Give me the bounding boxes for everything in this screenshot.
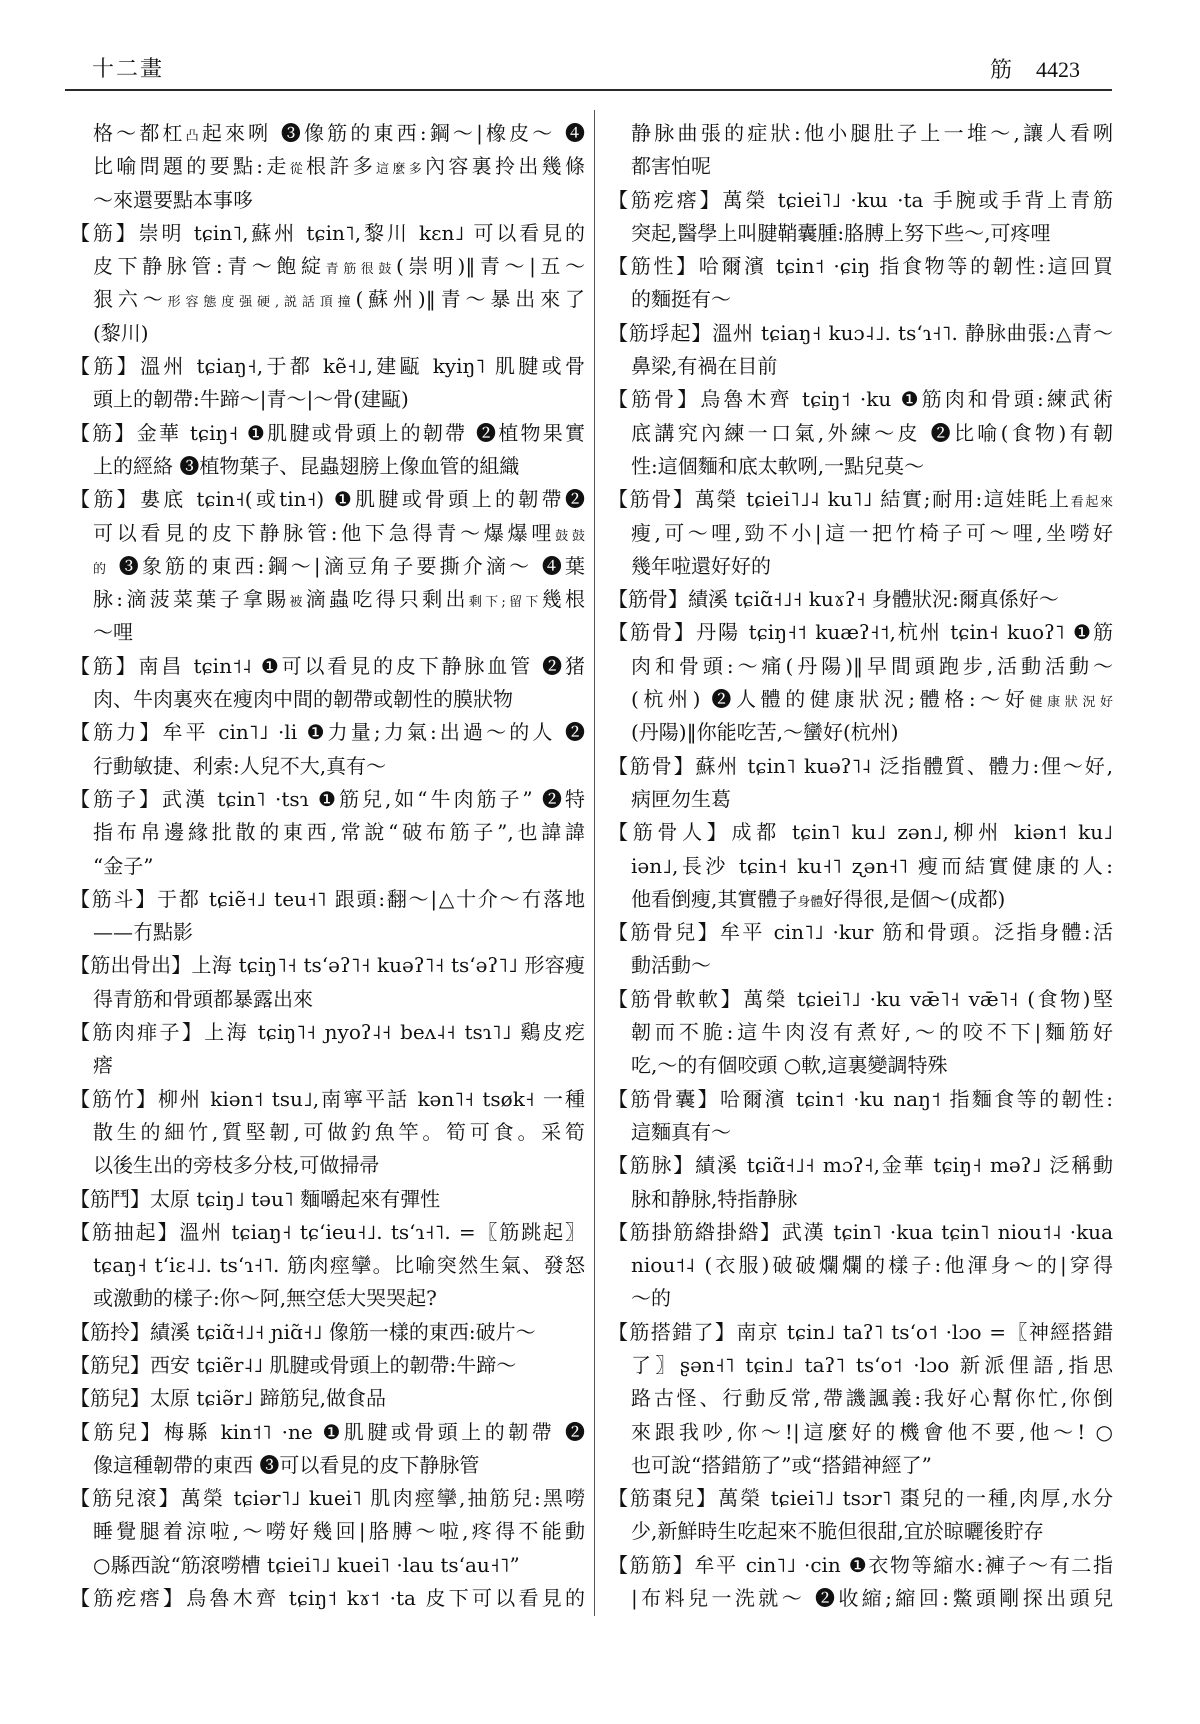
dictionary-entry: 【筋骨】績溪 tɕiɑ̃˧˩˧ kuɤʔ˧ 身體狀況:爾真係好～ — [608, 583, 1113, 616]
definition-text: 起來咧 ❸像筋的東西:鋼～|橡皮～ ❹ — [202, 121, 585, 145]
headword: 【筋】 — [70, 354, 140, 378]
definition-text: 都害怕呢 — [631, 154, 711, 178]
entry-line: 【筋掛筋綹掛綹】武漢 tɕin˥ ·kua tɕin˥ niou˦˨ ·kua — [608, 1216, 1113, 1249]
definition-text: 蘇州 tɕin˥ kuəʔ˥˨ 泛指體質、體力:俚～好, — [695, 754, 1113, 778]
entry-line: ～的 — [608, 1282, 1113, 1315]
headword: 【筋骨軟軟】 — [608, 987, 743, 1011]
headword: 【筋筋】 — [608, 1553, 695, 1577]
entry-line: 【筋竹】柳州 kiən˦ tsu˩,南寧平話 kən˥˧ tsøk˧ 一種 — [70, 1083, 585, 1116]
entry-line: tɕaŋ˧ tʻiɛ˨˩. tsʻɿ˧˥. 筋肉痙攣。比喻突然生氣、發怒 — [70, 1249, 585, 1282]
entry-line: 行動敏捷、利索:人兒不大,真有～ — [70, 750, 585, 783]
headword: 【筋骨囊】 — [608, 1087, 720, 1111]
entry-line: 【筋】溫州 tɕiaŋ˧,于都 kẽ˧˩,建甌 kyiŋ˥ 肌腱或骨 — [70, 350, 585, 383]
entry-line: |布料兒一洗就～ ❷收縮;縮回:鱉頭剛探出頭兒 — [608, 1582, 1113, 1615]
definition-text: 肉和骨頭:～痛(丹陽)‖早間頭跑步,活動活動～ — [631, 654, 1113, 678]
running-head: 筋4423 — [990, 56, 1080, 85]
headword: 【筋骨】 — [608, 587, 688, 611]
inline-gloss: 看起來 — [1071, 495, 1113, 510]
entry-line: 都害怕呢 — [608, 150, 1113, 183]
definition-text: 根許多 — [306, 154, 376, 178]
dictionary-entry: 【筋垺起】溫州 tɕiaŋ˧ kuɔ˨˩. tsʻɿ˧˥. 静脉曲張:△青～鼻梁… — [608, 317, 1113, 384]
dictionary-entry: 【筋棗兒】萬榮 tɕiei˥˩ tsɔr˥ 棗兒的一種,肉厚,水分少,新鮮時生吃… — [608, 1482, 1113, 1549]
entry-line: 【筋兒】西安 tɕiẽr˨˩ 肌腱或骨頭上的韌帶:牛蹄～ — [70, 1349, 585, 1382]
entry-line: 少,新鮮時生吃起來不脆但很甜,宜於晾曬後貯存 — [608, 1515, 1113, 1548]
definition-text: 他看倒瘦,其實體子 — [631, 887, 797, 911]
entry-line: 吃,～的有個咬頭 ○軟,這裏變調特殊 — [608, 1049, 1113, 1082]
header-rule — [65, 89, 1112, 91]
entry-line: ——冇點影 — [70, 916, 585, 949]
entry-line: 【筋性】哈爾濱 tɕin˦ ·ɕiŋ 指食物等的韌性:這回買 — [608, 250, 1113, 283]
dictionary-entry: 【筋兒】西安 tɕiẽr˨˩ 肌腱或骨頭上的韌帶:牛蹄～ — [70, 1349, 585, 1382]
entry-line: 得青筋和骨頭都暴露出來 — [70, 983, 585, 1016]
dictionary-entry: 【筋搭錯了】南京 tɕin˩ taʔ˥ tsʻo˦ ·lɔo =〖神經搭錯了〗ʂ… — [608, 1316, 1113, 1482]
entry-line: 【筋搭錯了】南京 tɕin˩ taʔ˥ tsʻo˦ ·lɔo =〖神經搭錯 — [608, 1316, 1113, 1349]
entry-line: 的麵挺有～ — [608, 283, 1113, 316]
definition-text: 肉、牛肉裏夾在瘦肉中間的韌帶或韌性的膜狀物 — [93, 687, 513, 711]
definition-text: 武漢 tɕin˥ ·kua tɕin˥ niou˦˨ ·kua — [782, 1220, 1113, 1244]
definition-text: 好得很,是個～(成都) — [823, 887, 1005, 911]
entry-line: 鼻梁,有禍在目前 — [608, 350, 1113, 383]
definition-text: 這麵真有～ — [631, 1120, 731, 1144]
definition-text: 突起,醫學上叫腱鞘囊腫:胳膊上努下些～,可疼哩 — [631, 221, 1050, 245]
definition-text: (杭州) ❷人體的健康狀況;體格:～好 — [631, 687, 1030, 711]
definition-text: 萬榮 tɕiər˥˩ kuei˥ 肌肉痙攣,抽筋兒:黑嘮 — [181, 1486, 585, 1510]
entry-line: 【筋疙瘩】萬榮 tɕiei˥˩ ·kɯ ·ta 手腕或手背上青筋 — [608, 184, 1113, 217]
headword: 【筋竹】 — [70, 1087, 158, 1111]
definition-text: 可以看見的皮下静脉管:他下急得青～爆爆哩 — [93, 521, 555, 545]
dictionary-entry: 【筋骨軟軟】萬榮 tɕiei˥˩ ·ku vǣ˥˧ vǣ˥˧ (食物)堅韌而不脆… — [608, 983, 1113, 1083]
definition-text: 韌而不脆:這牛肉沒有煮好,～的咬不下|麵筋好 — [631, 1020, 1113, 1044]
definition-text: 萬榮 tɕiei˥˩˨ ku˥˩ 結實;耐用:這娃眊上 — [695, 487, 1071, 511]
entry-line: “金子” — [70, 850, 585, 883]
definition-text: ——冇點影 — [93, 920, 193, 944]
definition-text: 績溪 tɕiɑ̃˧˩˧ ɲiɑ̃˧˩ 像筋一樣的東西:破片～ — [150, 1320, 536, 1344]
entry-line: 可以看見的皮下静脉管:他下急得青～爆爆哩鼓鼓 — [70, 517, 585, 550]
definition-text: 滴蟲吃得只剩出 — [306, 587, 469, 611]
entry-line: 以後生出的旁枝多分枝,可做掃帚 — [70, 1149, 585, 1182]
headword: 【筋掛筋綹掛綹】 — [608, 1220, 782, 1244]
headword: 【筋骨】 — [608, 387, 700, 411]
dictionary-entry: 【筋筋】牟平 cin˥˩ ·cin ❶衣物等縮水:褲子～有二指|布料兒一洗就～ … — [608, 1549, 1113, 1616]
inline-gloss: 的 — [93, 562, 109, 577]
entry-line: ○縣西說“筋滾嘮槽 tɕiei˥˩ kuei˥ ·lau tsʻau˧˥” — [70, 1549, 585, 1582]
definition-text: 格～都杠 — [93, 121, 186, 145]
headword: 【筋疙瘩】 — [608, 188, 723, 212]
entry-line: 【筋骨】萬榮 tɕiei˥˩˨ ku˥˩ 結實;耐用:這娃眊上看起來 — [608, 483, 1113, 516]
inline-gloss: 這麼多 — [376, 162, 425, 177]
definition-text: 的麵挺有～ — [631, 287, 731, 311]
entry-line: 【筋斗】于都 tɕiẽ˧˩ teu˧˥ 跟頭:翻～|△十介～冇落地 — [70, 883, 585, 916]
right-column: 静脉曲張的症狀:他小腿肚子上一堆～,讓人看咧都害怕呢【筋疙瘩】萬榮 tɕiei˥… — [608, 117, 1113, 1615]
definition-text: 像這種韌帶的東西 ❸可以看見的皮下静脉管 — [93, 1453, 479, 1477]
dictionary-entry: 【筋拎】績溪 tɕiɑ̃˧˩˧ ɲiɑ̃˧˩ 像筋一樣的東西:破片～ — [70, 1316, 585, 1349]
entry-line: 【筋骨兒】牟平 cin˥˩ ·kur 筋和骨頭。泛指身體:活 — [608, 916, 1113, 949]
headword: 【筋棗兒】 — [608, 1486, 718, 1510]
entry-line: 了〗ʂən˧˥ tɕin˩ taʔ˥ tsʻo˦ ·lɔo 新派俚語,指思 — [608, 1349, 1113, 1382]
definition-text: 哈爾濱 tɕin˦ ·ɕiŋ 指食物等的韌性:這回買 — [699, 254, 1113, 278]
definition-text: 武漢 tɕin˥ ·tsɿ ❶筋兒,如“牛肉筋子” ❷特 — [162, 787, 585, 811]
entry-line: 【筋肉痱子】上海 tɕiŋ˥˧ ɲyoʔ˨˧ beʌ˨˧ tsɿ˥˩ 鷄皮疙 — [70, 1016, 585, 1049]
headword: 【筋兒】 — [70, 1353, 150, 1377]
definition-text: 績溪 tɕiɑ̃˧˩˧ mɔʔ˧,金華 tɕiŋ˧ məʔ˩ 泛稱動 — [695, 1153, 1113, 1177]
definition-text: 或激動的樣子:你～阿,無空恁大哭哭起? — [93, 1286, 437, 1310]
headword: 【筋】 — [70, 221, 139, 245]
inline-gloss: 從 — [290, 162, 306, 177]
definition-text: 睡覺腿着涼啦,～嘮好幾回|胳膊～啦,疼得不能動 — [93, 1519, 585, 1543]
entry-line: 幾年啦還好好的 — [608, 550, 1113, 583]
entry-continuation: 静脉曲張的症狀:他小腿肚子上一堆～,讓人看咧都害怕呢 — [608, 117, 1113, 184]
definition-text: 哈爾濱 tɕin˦ ·ku naŋ˦ 指麵食等的韌性: — [720, 1087, 1113, 1111]
definition-text: 脉:滴菠菜葉子拿賜 — [93, 587, 289, 611]
dictionary-entry: 【筋骨囊】哈爾濱 tɕin˦ ·ku naŋ˦ 指麵食等的韌性:這麵真有～ — [608, 1083, 1113, 1150]
dictionary-entry: 【筋兒】梅縣 kin˦˥ ·ne ❶肌腱或骨頭上的韌帶 ❷像這種韌帶的東西 ❸可… — [70, 1416, 585, 1483]
headword: 【筋肉痱子】 — [70, 1020, 204, 1044]
definition-text: 崇明 tɕin˥,蘇州 tɕin˥,黎川 kɛn˩ 可以看見的 — [139, 221, 585, 245]
definition-text: 萬榮 tɕiei˥˩ tsɔr˥ 棗兒的一種,肉厚,水分 — [718, 1486, 1113, 1510]
dictionary-entry: 【筋脉】績溪 tɕiɑ̃˧˩˧ mɔʔ˧,金華 tɕiŋ˧ məʔ˩ 泛稱動脉和… — [608, 1149, 1113, 1216]
dictionary-entry: 【筋】金華 tɕiŋ˧ ❶肌腱或骨頭上的韌帶 ❷植物果實上的經絡 ❸植物葉子、昆… — [70, 417, 585, 484]
entry-line: 【筋】金華 tɕiŋ˧ ❶肌腱或骨頭上的韌帶 ❷植物果實 — [70, 417, 585, 450]
headword: 【筋兒】 — [70, 1386, 150, 1410]
definition-text: 瘩 — [93, 1053, 113, 1077]
dictionary-entry: 【筋疙瘩】烏魯木齊 tɕiŋ˦ kɤ˦ ·ta 皮下可以看見的 — [70, 1582, 585, 1615]
definition-text: ❸象筋的東西:鋼～|滴豆角子要撕介滴～ ❹葉 — [109, 554, 585, 578]
entry-line: 路古怪、行動反常,帶譏諷義:我好心幫你忙,你倒 — [608, 1382, 1113, 1415]
definition-text: 烏魯木齊 tɕiŋ˦ kɤ˦ ·ta 皮下可以看見的 — [186, 1586, 585, 1610]
definition-text: ～的 — [631, 1286, 671, 1310]
definition-text: 散生的細竹,質堅韌,可做釣魚竿。筍可食。采筍 — [93, 1120, 585, 1144]
headword: 【筋兒】 — [70, 1420, 164, 1444]
definition-text: 溫州 tɕiaŋ˧ kuɔ˨˩. tsʻɿ˧˥. 静脉曲張:△青～ — [712, 321, 1113, 345]
dictionary-entry: 【筋子】武漢 tɕin˥ ·tsɿ ❶筋兒,如“牛肉筋子” ❷特指布帛邊緣批散的… — [70, 783, 585, 883]
definition-text: 萬榮 tɕiei˥˩ ·ku vǣ˥˧ vǣ˥˧ (食物)堅 — [743, 987, 1113, 1011]
entry-line: 【筋脉】績溪 tɕiɑ̃˧˩˧ mɔʔ˧,金華 tɕiŋ˧ məʔ˩ 泛稱動 — [608, 1149, 1113, 1182]
definition-text: (黎川) — [93, 321, 149, 345]
definition-text: (丹陽)‖你能吃苦,～蠻好(杭州) — [631, 720, 899, 744]
headword: 【筋拎】 — [70, 1320, 150, 1344]
entry-line: 【筋抽起】溫州 tɕiaŋ˧ tɕʻieu˧˩. tsʻɿ˧˥. =〖筋跳起〗 — [70, 1216, 585, 1249]
dictionary-entry: 【筋骨兒】牟平 cin˥˩ ·kur 筋和骨頭。泛指身體:活動活動～ — [608, 916, 1113, 983]
dictionary-entry: 【筋骨】烏魯木齊 tɕiŋ˦ ·ku ❶筋肉和骨頭:練武術底講究內練一口氣,外練… — [608, 383, 1113, 483]
definition-text: 績溪 tɕiɑ̃˧˩˧ kuɤʔ˧ 身體狀況:爾真係好～ — [688, 587, 1059, 611]
dictionary-entry: 【筋力】牟平 cin˥˩ ·li ❶力量;力氣:出過～的人 ❷行動敏捷、利索:人… — [70, 716, 585, 783]
definition-text: 金華 tɕiŋ˧ ❶肌腱或骨頭上的韌帶 ❷植物果實 — [137, 421, 585, 445]
entry-line: 【筋垺起】溫州 tɕiaŋ˧ kuɔ˨˩. tsʻɿ˧˥. 静脉曲張:△青～ — [608, 317, 1113, 350]
definition-text: 上的經絡 ❸植物葉子、昆蟲翅膀上像血管的組織 — [93, 454, 519, 478]
entry-line: 静脉曲張的症狀:他小腿肚子上一堆～,讓人看咧 — [608, 117, 1113, 150]
definition-text: 路古怪、行動反常,帶譏諷義:我好心幫你忙,你倒 — [631, 1386, 1113, 1410]
definition-text: 吃,～的有個咬頭 ○軟,這裏變調特殊 — [631, 1053, 948, 1077]
entry-line: 來跟我吵,你～!|這麼好的機會他不要,他～! ○ — [608, 1416, 1113, 1449]
definition-text: 烏魯木齊 tɕiŋ˦ ·ku ❶筋肉和骨頭:練武術 — [700, 387, 1113, 411]
headword: 【筋抽起】 — [70, 1220, 179, 1244]
entry-line: 【筋拎】績溪 tɕiɑ̃˧˩˧ ɲiɑ̃˧˩ 像筋一樣的東西:破片～ — [70, 1316, 585, 1349]
headword: 【筋骨】 — [608, 620, 696, 644]
entry-line: 【筋骨軟軟】萬榮 tɕiei˥˩ ·ku vǣ˥˧ vǣ˥˧ (食物)堅 — [608, 983, 1113, 1016]
entry-line: 【筋力】牟平 cin˥˩ ·li ❶力量;力氣:出過～的人 ❷ — [70, 716, 585, 749]
definition-text: 頭上的韌帶:牛蹄～|青～|～骨(建甌) — [93, 387, 409, 411]
definition-text: 來跟我吵,你～!|這麼好的機會他不要,他～! ○ — [631, 1420, 1113, 1444]
entry-line: 病匣勿生葛 — [608, 783, 1113, 816]
inline-gloss: 鼓鼓 — [555, 529, 585, 544]
entry-line: 【筋骨】績溪 tɕiɑ̃˧˩˧ kuɤʔ˧ 身體狀況:爾真係好～ — [608, 583, 1113, 616]
entry-line: 【筋】崇明 tɕin˥,蘇州 tɕin˥,黎川 kɛn˩ 可以看見的 — [70, 217, 585, 250]
definition-text: 瘦,可～哩,勁不小|這一把竹椅子可～哩,坐嘮好 — [631, 521, 1113, 545]
dictionary-entry: 【筋掛筋綹掛綹】武漢 tɕin˥ ·kua tɕin˥ niou˦˨ ·kuan… — [608, 1216, 1113, 1316]
entry-line: 像這種韌帶的東西 ❸可以看見的皮下静脉管 — [70, 1449, 585, 1482]
entry-line: 【筋】南昌 tɕin˦˨ ❶可以看見的皮下静脉血管 ❷猪 — [70, 650, 585, 683]
definition-text: ○縣西說“筋滾嘮槽 tɕiei˥˩ kuei˥ ·lau tsʻau˧˥” — [93, 1553, 520, 1577]
definition-text: 西安 tɕiẽr˨˩ 肌腱或骨頭上的韌帶:牛蹄～ — [150, 1353, 516, 1377]
entry-line: 格～都杠凸起來咧 ❸像筋的東西:鋼～|橡皮～ ❹ — [70, 117, 585, 150]
definition-text: 梅縣 kin˦˥ ·ne ❶肌腱或骨頭上的韌帶 ❷ — [164, 1420, 585, 1444]
dictionary-entry: 【筋鬥】太原 tɕiŋ˩ təu˥ 麵嚼起來有彈性 — [70, 1183, 585, 1216]
entry-line: 肉、牛肉裏夾在瘦肉中間的韌帶或韌性的膜狀物 — [70, 683, 585, 716]
definition-text: 了〗ʂən˧˥ tɕin˩ taʔ˥ tsʻo˦ ·lɔo 新派俚語,指思 — [631, 1353, 1113, 1377]
headword: 【筋兒滾】 — [70, 1486, 181, 1510]
definition-text: 性:這個麵和底太軟咧,一點兒莫～ — [631, 454, 924, 478]
entry-line: 或激動的樣子:你～阿,無空恁大哭哭起? — [70, 1282, 585, 1315]
definition-text: 丹陽 tɕiŋ˧˦ kuæʔ˧˦,杭州 tɕin˧ kuoʔ˥ ❶筋 — [696, 620, 1113, 644]
headword: 【筋疙瘩】 — [70, 1586, 186, 1610]
entry-line: 動活動～ — [608, 949, 1113, 982]
dictionary-entry: 【筋抽起】溫州 tɕiaŋ˧ tɕʻieu˧˩. tsʻɿ˧˥. =〖筋跳起〗t… — [70, 1216, 585, 1316]
entry-line: 底講究內練一口氣,外練～皮 ❷比喻(食物)有韌 — [608, 417, 1113, 450]
dictionary-entry: 【筋肉痱子】上海 tɕiŋ˥˧ ɲyoʔ˨˧ beʌ˨˧ tsɿ˥˩ 鷄皮疙瘩 — [70, 1016, 585, 1083]
definition-text: 狠六～ — [93, 287, 168, 311]
entry-line: 【筋骨】烏魯木齊 tɕiŋ˦ ·ku ❶筋肉和骨頭:練武術 — [608, 383, 1113, 416]
left-column: 格～都杠凸起來咧 ❸像筋的東西:鋼～|橡皮～ ❹比喻問題的要點:走從根許多這麼多… — [70, 117, 585, 1615]
entry-line: 性:這個麵和底太軟咧,一點兒莫～ — [608, 450, 1113, 483]
definition-text: 得青筋和骨頭都暴露出來 — [93, 987, 313, 1011]
headword: 【筋脉】 — [608, 1153, 695, 1177]
definition-text: “金子” — [93, 854, 153, 878]
entry-line: 【筋骨】蘇州 tɕin˥ kuəʔ˥˨ 泛指體質、體力:俚～好, — [608, 750, 1113, 783]
entry-line: (黎川) — [70, 317, 585, 350]
headword: 【筋骨兒】 — [608, 920, 720, 944]
entry-line: 【筋鬥】太原 tɕiŋ˩ təu˥ 麵嚼起來有彈性 — [70, 1183, 585, 1216]
entry-line: 【筋子】武漢 tɕin˥ ·tsɿ ❶筋兒,如“牛肉筋子” ❷特 — [70, 783, 585, 816]
entry-line: 【筋筋】牟平 cin˥˩ ·cin ❶衣物等縮水:褲子～有二指 — [608, 1549, 1113, 1582]
definition-text: 萬榮 tɕiei˥˩ ·kɯ ·ta 手腕或手背上青筋 — [723, 188, 1113, 212]
definition-text: 柳州 kiən˦ tsu˩,南寧平話 kən˥˧ tsøk˧ 一種 — [158, 1087, 585, 1111]
definition-text: (崇明)‖青～|五～ — [396, 254, 585, 278]
dictionary-entry: 【筋】婁底 tɕin˧(或tin˧) ❶肌腱或骨頭上的韌帶❷可以看見的皮下静脉管… — [70, 483, 585, 649]
entry-line: 比喻問題的要點:走從根許多這麼多內容裏拎出幾條 — [70, 150, 585, 183]
dictionary-entry: 【筋骨人】成都 tɕin˥ ku˩ zən˩,柳州 kiən˦ ku˩iən˩,… — [608, 816, 1113, 916]
entry-continuation: 格～都杠凸起來咧 ❸像筋的東西:鋼～|橡皮～ ❹比喻問題的要點:走從根許多這麼多… — [70, 117, 585, 217]
definition-text: 太原 tɕiŋ˩ təu˥ 麵嚼起來有彈性 — [150, 1187, 440, 1211]
definition-text: 牟平 cin˥˩ ·kur 筋和骨頭。泛指身體:活 — [720, 920, 1113, 944]
dictionary-entry: 【筋斗】于都 tɕiẽ˧˩ teu˧˥ 跟頭:翻～|△十介～冇落地——冇點影 — [70, 883, 585, 950]
entry-line: 韌而不脆:這牛肉沒有煮好,～的咬不下|麵筋好 — [608, 1016, 1113, 1049]
inline-gloss: 被 — [289, 595, 305, 610]
dictionary-entry: 【筋】溫州 tɕiaŋ˧,于都 kẽ˧˩,建甌 kyiŋ˥ 肌腱或骨頭上的韌帶:… — [70, 350, 585, 417]
definition-text: 幾年啦還好好的 — [631, 554, 771, 578]
definition-text: 南昌 tɕin˦˨ ❶可以看見的皮下静脉血管 ❷猪 — [139, 654, 585, 678]
definition-text: tɕaŋ˧ tʻiɛ˨˩. tsʻɿ˧˥. 筋肉痙攣。比喻突然生氣、發怒 — [93, 1253, 585, 1277]
dictionary-entry: 【筋性】哈爾濱 tɕin˦ ·ɕiŋ 指食物等的韌性:這回買的麵挺有～ — [608, 250, 1113, 317]
entry-line: 脉:滴菠菜葉子拿賜被滴蟲吃得只剩出剩下;留下幾根 — [70, 583, 585, 616]
definition-text: 行動敏捷、利索:人兒不大,真有～ — [93, 754, 386, 778]
entry-line: 上的經絡 ❸植物葉子、昆蟲翅膀上像血管的組織 — [70, 450, 585, 483]
definition-text: 婁底 tɕin˧(或tin˧) ❶肌腱或骨頭上的韌帶❷ — [140, 487, 585, 511]
entry-line: iən˩,長沙 tɕin˧ ku˧˥ ʐən˧˥ 瘦而結實健康的人: — [608, 850, 1113, 883]
dictionary-page: 十二畫 筋4423 格～都杠凸起來咧 ❸像筋的東西:鋼～|橡皮～ ❹比喻問題的要… — [0, 0, 1200, 1724]
definition-text: 病匣勿生葛 — [631, 787, 731, 811]
definition-text: 静脉曲張的症狀:他小腿肚子上一堆～,讓人看咧 — [631, 121, 1113, 145]
entry-line: 瘦,可～哩,勁不小|這一把竹椅子可～哩,坐嘮好 — [608, 517, 1113, 550]
definition-text: 溫州 tɕiaŋ˧ tɕʻieu˧˩. tsʻɿ˧˥. =〖筋跳起〗 — [179, 1220, 585, 1244]
definition-text: 動活動～ — [631, 953, 711, 977]
entry-line: 皮下静脉管:青～飽綻青筋很鼓(崇明)‖青～|五～ — [70, 250, 585, 283]
entry-line: 也可說“搭錯筋了”或“搭錯神經了” — [608, 1449, 1113, 1482]
definition-text: 也可說“搭錯筋了”或“搭錯神經了” — [631, 1453, 932, 1477]
entry-line: 【筋兒】梅縣 kin˦˥ ·ne ❶肌腱或骨頭上的韌帶 ❷ — [70, 1416, 585, 1449]
entry-line: 【筋骨囊】哈爾濱 tɕin˦ ·ku naŋ˦ 指麵食等的韌性: — [608, 1083, 1113, 1116]
definition-text: 皮下静脉管:青～飽綻 — [93, 254, 326, 278]
headword: 【筋鬥】 — [70, 1187, 150, 1211]
definition-text: ～來還要點本事哆 — [93, 188, 253, 212]
entry-line: 他看倒瘦,其實體子身體好得很,是個～(成都) — [608, 883, 1113, 916]
page-number: 4423 — [1036, 57, 1080, 82]
entry-line: 這麵真有～ — [608, 1116, 1113, 1149]
entry-line: 【筋棗兒】萬榮 tɕiei˥˩ tsɔr˥ 棗兒的一種,肉厚,水分 — [608, 1482, 1113, 1515]
dictionary-entry: 【筋出骨出】上海 tɕiŋ˥˧ tsʻəʔ˥˧ kuəʔ˥˧ tsʻəʔ˥˩ 形… — [70, 949, 585, 1016]
entry-line: (杭州) ❷人體的健康狀況;體格:～好健康狀況好 — [608, 683, 1113, 716]
entry-line: 睡覺腿着涼啦,～嘮好幾回|胳膊～啦,疼得不能動 — [70, 1515, 585, 1548]
headword: 【筋骨人】 — [608, 820, 732, 844]
headword: 【筋出骨出】 — [70, 953, 192, 977]
definition-text: 上海 tɕiŋ˥˧ tsʻəʔ˥˧ kuəʔ˥˧ tsʻəʔ˥˩ 形容瘦 — [192, 953, 585, 977]
entry-line: (丹陽)‖你能吃苦,～蠻好(杭州) — [608, 716, 1113, 749]
headword: 【筋搭錯了】 — [608, 1320, 736, 1344]
headword: 【筋性】 — [608, 254, 699, 278]
definition-text: (蘇州)‖青～暴出來了 — [355, 287, 585, 311]
entry-line: 【筋骨】丹陽 tɕiŋ˧˦ kuæʔ˧˦,杭州 tɕin˧ kuoʔ˥ ❶筋 — [608, 616, 1113, 649]
definition-text: iən˩,長沙 tɕin˧ ku˧˥ ʐən˧˥ 瘦而結實健康的人: — [631, 854, 1113, 878]
entry-line: 狠六～形容態度强硬,説話頂撞(蘇州)‖青～暴出來了 — [70, 283, 585, 316]
definition-text: 比喻問題的要點:走 — [93, 154, 290, 178]
entry-line: 突起,醫學上叫腱鞘囊腫:胳膊上努下些～,可疼哩 — [608, 217, 1113, 250]
dictionary-entry: 【筋疙瘩】萬榮 tɕiei˥˩ ·kɯ ·ta 手腕或手背上青筋突起,醫學上叫腱… — [608, 184, 1113, 251]
definition-text: 牟平 cin˥˩ ·cin ❶衣物等縮水:褲子～有二指 — [695, 1553, 1113, 1577]
definition-text: 成都 tɕin˥ ku˩ zən˩,柳州 kiən˦ ku˩ — [732, 820, 1113, 844]
dictionary-entry: 【筋兒】太原 tɕiə̃r˩ 蹄筋兒,做食品 — [70, 1382, 585, 1415]
definition-text: 脉和静脉,特指静脉 — [631, 1187, 797, 1211]
definition-text: ～哩 — [93, 620, 133, 644]
column-divider — [594, 110, 595, 1616]
inline-gloss: 青筋很鼓 — [326, 262, 396, 277]
definition-text: 少,新鮮時生吃起來不脆但很甜,宜於晾曬後貯存 — [631, 1519, 1044, 1543]
entry-line: 脉和静脉,特指静脉 — [608, 1183, 1113, 1216]
inline-gloss: 形容態度强硬,説話頂撞 — [168, 295, 356, 310]
headword: 【筋子】 — [70, 787, 162, 811]
entry-line: 瘩 — [70, 1049, 585, 1082]
entry-line: 【筋】婁底 tɕin˧(或tin˧) ❶肌腱或骨頭上的韌帶❷ — [70, 483, 585, 516]
entry-line: 【筋兒滾】萬榮 tɕiər˥˩ kuei˥ 肌肉痙攣,抽筋兒:黑嘮 — [70, 1482, 585, 1515]
entry-line: 的 ❸象筋的東西:鋼～|滴豆角子要撕介滴～ ❹葉 — [70, 550, 585, 583]
dictionary-entry: 【筋】崇明 tɕin˥,蘇州 tɕin˥,黎川 kɛn˩ 可以看見的皮下静脉管:… — [70, 217, 585, 350]
entry-line: 【筋疙瘩】烏魯木齊 tɕiŋ˦ kɤ˦ ·ta 皮下可以看見的 — [70, 1582, 585, 1615]
dictionary-entry: 【筋】南昌 tɕin˦˨ ❶可以看見的皮下静脉血管 ❷猪肉、牛肉裏夾在瘦肉中間的… — [70, 650, 585, 717]
dictionary-entry: 【筋竹】柳州 kiən˦ tsu˩,南寧平話 kən˥˧ tsøk˧ 一種散生的… — [70, 1083, 585, 1183]
dictionary-entry: 【筋兒滾】萬榮 tɕiər˥˩ kuei˥ 肌肉痙攣,抽筋兒:黑嘮睡覺腿着涼啦,… — [70, 1482, 585, 1582]
entry-line: 【筋出骨出】上海 tɕiŋ˥˧ tsʻəʔ˥˧ kuəʔ˥˧ tsʻəʔ˥˩ 形… — [70, 949, 585, 982]
entry-line: 肉和骨頭:～痛(丹陽)‖早間頭跑步,活動活動～ — [608, 650, 1113, 683]
entry-line: 【筋兒】太原 tɕiə̃r˩ 蹄筋兒,做食品 — [70, 1382, 585, 1415]
headword: 【筋】 — [70, 421, 137, 445]
definition-text: 于都 tɕiẽ˧˩ teu˧˥ 跟頭:翻～|△十介～冇落地 — [157, 887, 585, 911]
definition-text: 太原 tɕiə̃r˩ 蹄筋兒,做食品 — [150, 1386, 386, 1410]
inline-gloss: 健康狀況好 — [1030, 695, 1113, 710]
definition-text: 溫州 tɕiaŋ˧,于都 kẽ˧˩,建甌 kyiŋ˥ 肌腱或骨 — [140, 354, 585, 378]
head-character: 筋 — [990, 58, 1012, 83]
headword: 【筋力】 — [70, 720, 163, 744]
definition-text: 內容裏拎出幾條 — [425, 154, 585, 178]
definition-text: 指布帛邊緣批散的東西,常說“破布筋子”,也諱諱 — [93, 820, 585, 844]
headword: 【筋骨】 — [608, 487, 695, 511]
dictionary-entry: 【筋骨】蘇州 tɕin˥ kuəʔ˥˨ 泛指體質、體力:俚～好,病匣勿生葛 — [608, 750, 1113, 817]
definition-text: 以後生出的旁枝多分枝,可做掃帚 — [93, 1153, 379, 1177]
entry-line: 指布帛邊緣批散的東西,常說“破布筋子”,也諱諱 — [70, 816, 585, 849]
definition-text: 南京 tɕin˩ taʔ˥ tsʻo˦ ·lɔo =〖神經搭錯 — [736, 1320, 1113, 1344]
definition-text: 牟平 cin˥˩ ·li ❶力量;力氣:出過～的人 ❷ — [163, 720, 585, 744]
headword: 【筋】 — [70, 654, 139, 678]
definition-text: |布料兒一洗就～ ❷收縮;縮回:鱉頭剛探出頭兒 — [631, 1586, 1113, 1610]
definition-text: 幾根 — [542, 587, 585, 611]
entry-line: 【筋骨人】成都 tɕin˥ ku˩ zən˩,柳州 kiən˦ ku˩ — [608, 816, 1113, 849]
entry-line: niou˦˨ (衣服)破破爛爛的樣子:他渾身～的|穿得 — [608, 1249, 1113, 1282]
headword: 【筋斗】 — [70, 887, 157, 911]
entry-line: ～哩 — [70, 616, 585, 649]
dictionary-entry: 【筋骨】丹陽 tɕiŋ˧˦ kuæʔ˧˦,杭州 tɕin˧ kuoʔ˥ ❶筋肉和… — [608, 616, 1113, 749]
headword: 【筋】 — [70, 487, 140, 511]
inline-gloss: 凸 — [186, 129, 202, 144]
entry-line: ～來還要點本事哆 — [70, 184, 585, 217]
headword: 【筋垺起】 — [608, 321, 712, 345]
entry-line: 頭上的韌帶:牛蹄～|青～|～骨(建甌) — [70, 383, 585, 416]
entry-line: 散生的細竹,質堅韌,可做釣魚竿。筍可食。采筍 — [70, 1116, 585, 1149]
inline-gloss: 身體 — [797, 895, 823, 910]
definition-text: 上海 tɕiŋ˥˧ ɲyoʔ˨˧ beʌ˨˧ tsɿ˥˩ 鷄皮疙 — [204, 1020, 585, 1044]
definition-text: 鼻梁,有禍在目前 — [631, 354, 777, 378]
definition-text: niou˦˨ (衣服)破破爛爛的樣子:他渾身～的|穿得 — [631, 1253, 1113, 1277]
section-label: 十二畫 — [92, 56, 164, 84]
dictionary-entry: 【筋骨】萬榮 tɕiei˥˩˨ ku˥˩ 結實;耐用:這娃眊上看起來瘦,可～哩,… — [608, 483, 1113, 583]
inline-gloss: 剩下;留下 — [469, 595, 542, 610]
definition-text: 底講究內練一口氣,外練～皮 ❷比喻(食物)有韌 — [631, 421, 1113, 445]
headword: 【筋骨】 — [608, 754, 695, 778]
